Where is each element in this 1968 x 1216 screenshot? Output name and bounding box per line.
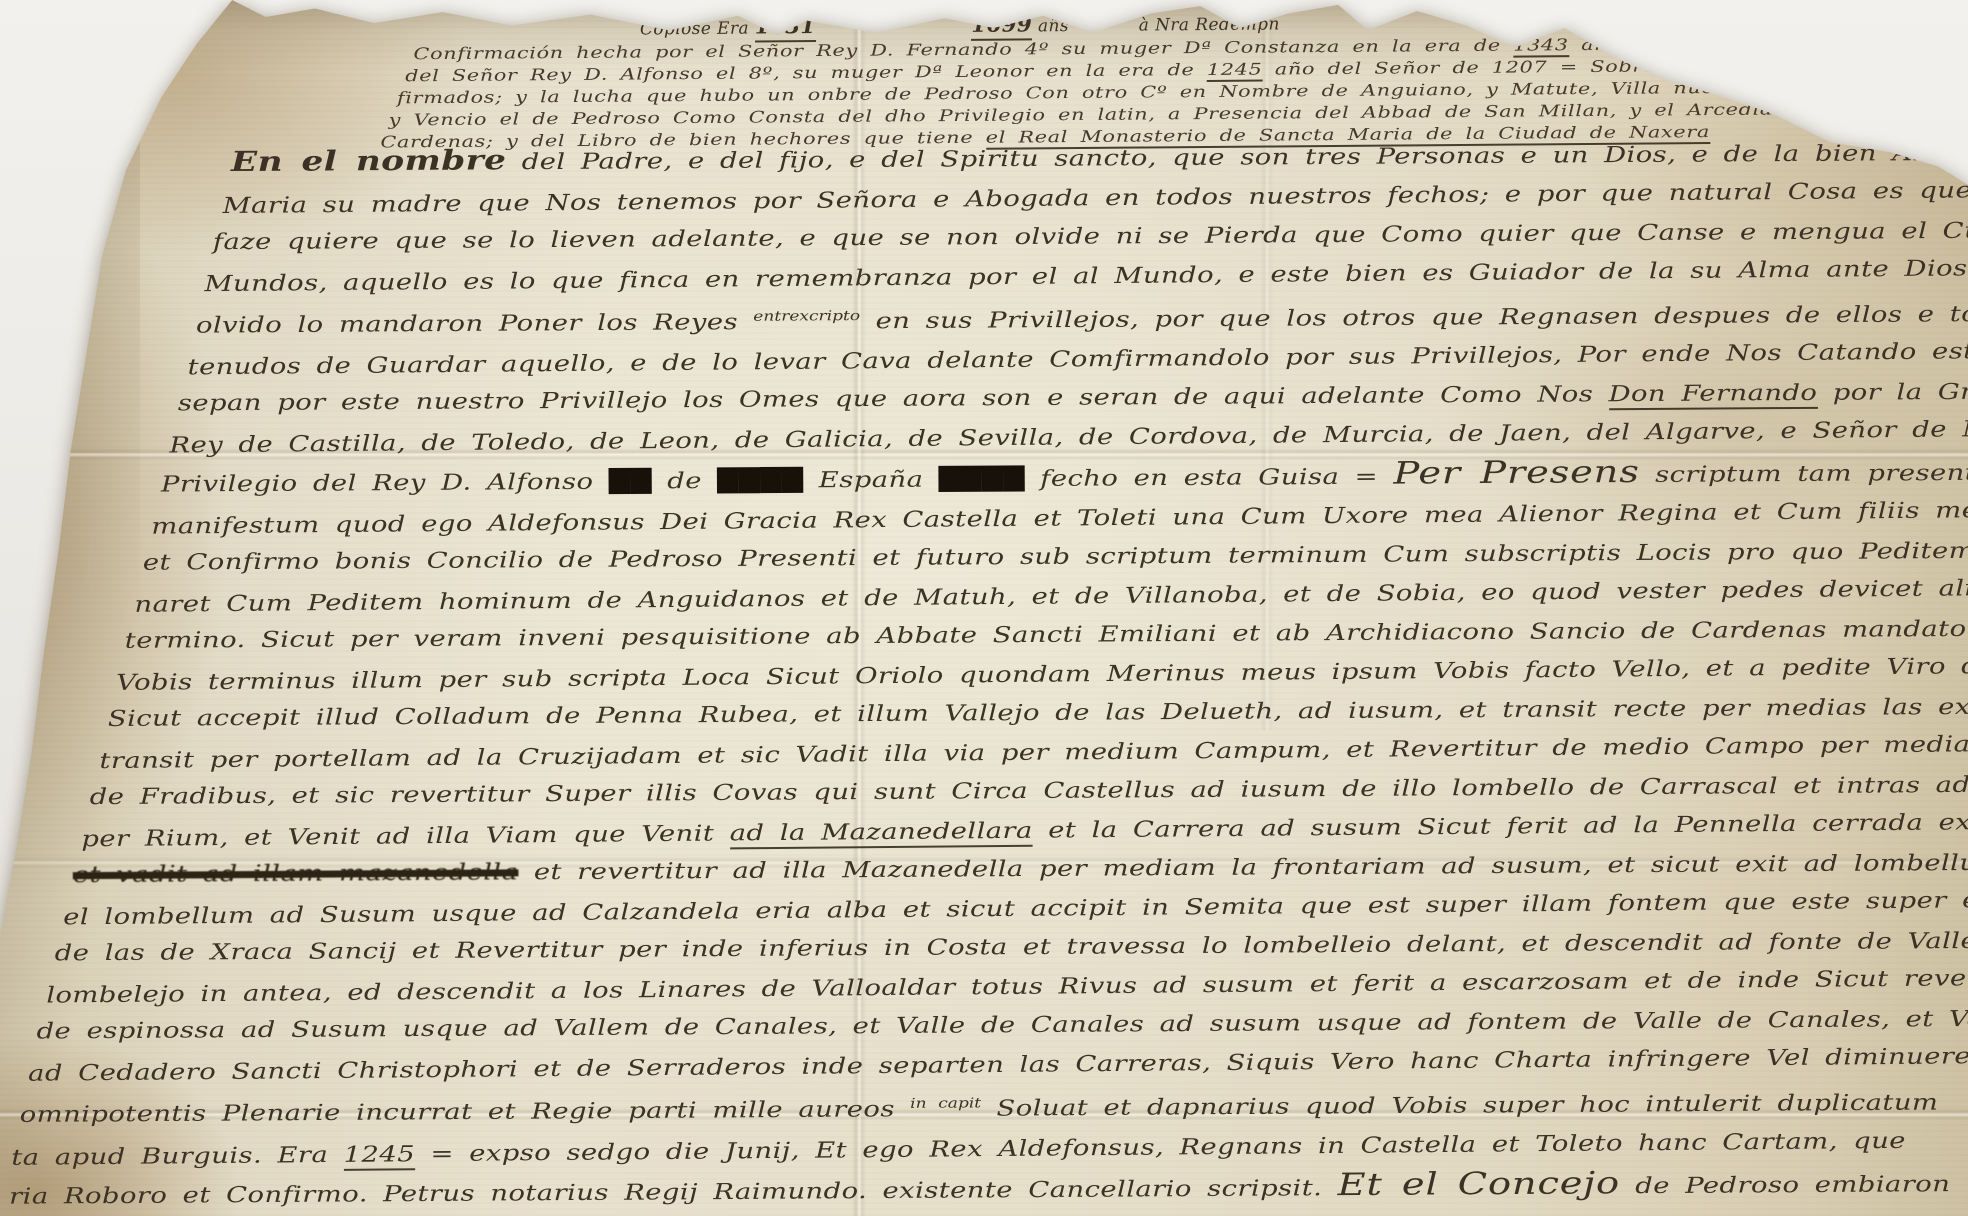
charter-body-lines: En el nombre del Padre, e del fijo, e de… (1, 127, 1968, 1216)
underline-mark: 1305 (1634, 34, 1690, 56)
super-mark: entrexcripto (753, 308, 860, 325)
blackout-mark: █ (960, 468, 982, 493)
underline-mark: 1245 (343, 1142, 415, 1171)
copy-note-era: Copióse Era 1731 (640, 18, 816, 39)
blackout-mark: █ (630, 470, 652, 495)
blackout-mark: █ (717, 469, 739, 494)
drop-mark: En el nombre (231, 144, 507, 178)
photo-backdrop: Copióse Era 1731 1699 añs à Nra Redempn … (0, 0, 1968, 1216)
copy-note-redemption: à Nra Redempn (1139, 14, 1280, 35)
underline-mark: ad la Mazanedellara (729, 819, 1032, 850)
super-mark: in capit (910, 1096, 981, 1112)
underline-mark: 1699 (971, 12, 1032, 40)
caps-mark: Et el Concejo (1337, 1165, 1619, 1203)
blackout-mark: █ (981, 467, 1003, 492)
underline-mark: 1245 (1207, 60, 1263, 82)
blackout-mark: █ (938, 468, 960, 493)
blackout-mark: █ (608, 470, 630, 495)
strike-mark: et vadit ad illam mazanedella (72, 861, 518, 889)
underline-mark: 1343 (1513, 35, 1569, 57)
manuscript-paper: Copióse Era 1731 1699 añs à Nra Redempn … (0, 0, 1968, 1216)
copy-annotation-row: Copióse Era 1731 1699 añs à Nra Redempn (640, 10, 1280, 40)
blackout-mark: █ (760, 469, 782, 494)
caps-mark: Per Presens (1393, 454, 1639, 492)
manuscript-paper-wrap: Copióse Era 1731 1699 añs à Nra Redempn … (0, 0, 1968, 1216)
blackout-mark: █ (1003, 467, 1025, 492)
underline-mark: Don Fernando (1609, 381, 1818, 410)
blackout-mark: █ (738, 469, 760, 494)
underline-mark: 1731 (755, 14, 816, 42)
blackout-mark: █ (781, 469, 803, 494)
copy-note-year: 1699 añs (971, 16, 1069, 37)
